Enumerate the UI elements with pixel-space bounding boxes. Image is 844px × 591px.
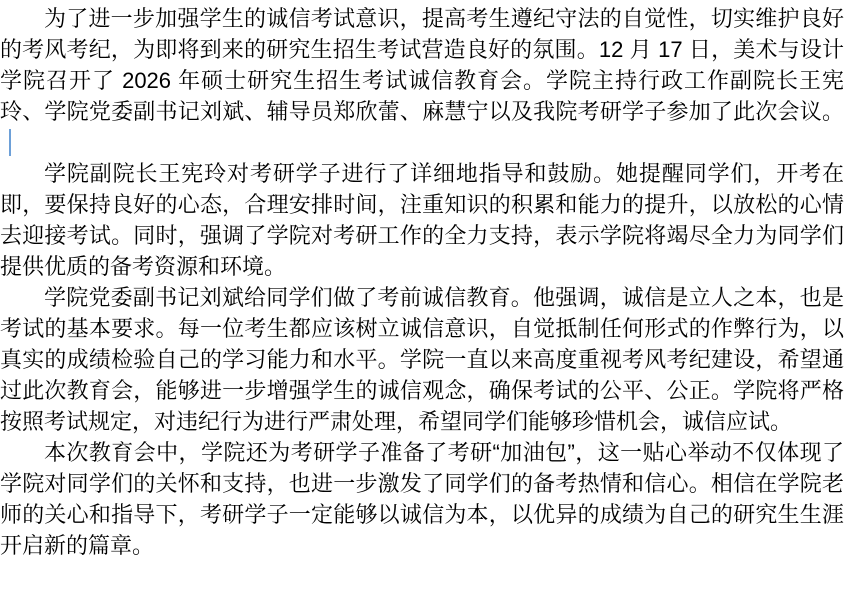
paragraph-text[interactable]: 本次教育会中，学院还为考研学子准备了考研“加油包”，这一贴心举动不仅体现了学院对… [0, 440, 844, 558]
paragraph-text[interactable]: 学院党委副书记刘斌给同学们做了考前诚信教育。他强调，诚信是立人之本，也是考试的基… [0, 285, 844, 434]
paragraph[interactable]: 为了进一步加强学生的诚信考试意识，提高考生遵纪守法的自觉性，切实维护良好的考风考… [0, 3, 844, 158]
paragraph[interactable]: 学院副院长王宪玲对考研学子进行了详细地指导和鼓励。她提醒同学们，开考在即，要保持… [0, 158, 844, 282]
paragraph-text[interactable]: 学院副院长王宪玲对考研学子进行了详细地指导和鼓励。她提醒同学们，开考在即，要保持… [0, 161, 844, 279]
paragraph[interactable]: 本次教育会中，学院还为考研学子准备了考研“加油包”，这一贴心举动不仅体现了学院对… [0, 437, 844, 561]
document-body[interactable]: 为了进一步加强学生的诚信考试意识，提高考生遵纪守法的自觉性，切实维护良好的考风考… [0, 0, 844, 591]
paragraph-text[interactable]: 为了进一步加强学生的诚信考试意识，提高考生遵纪守法的自觉性，切实维护良好的考风考… [0, 6, 844, 124]
paragraph[interactable]: 学院党委副书记刘斌给同学们做了考前诚信教育。他强调，诚信是立人之本，也是考试的基… [0, 282, 844, 437]
text-cursor [9, 129, 11, 156]
